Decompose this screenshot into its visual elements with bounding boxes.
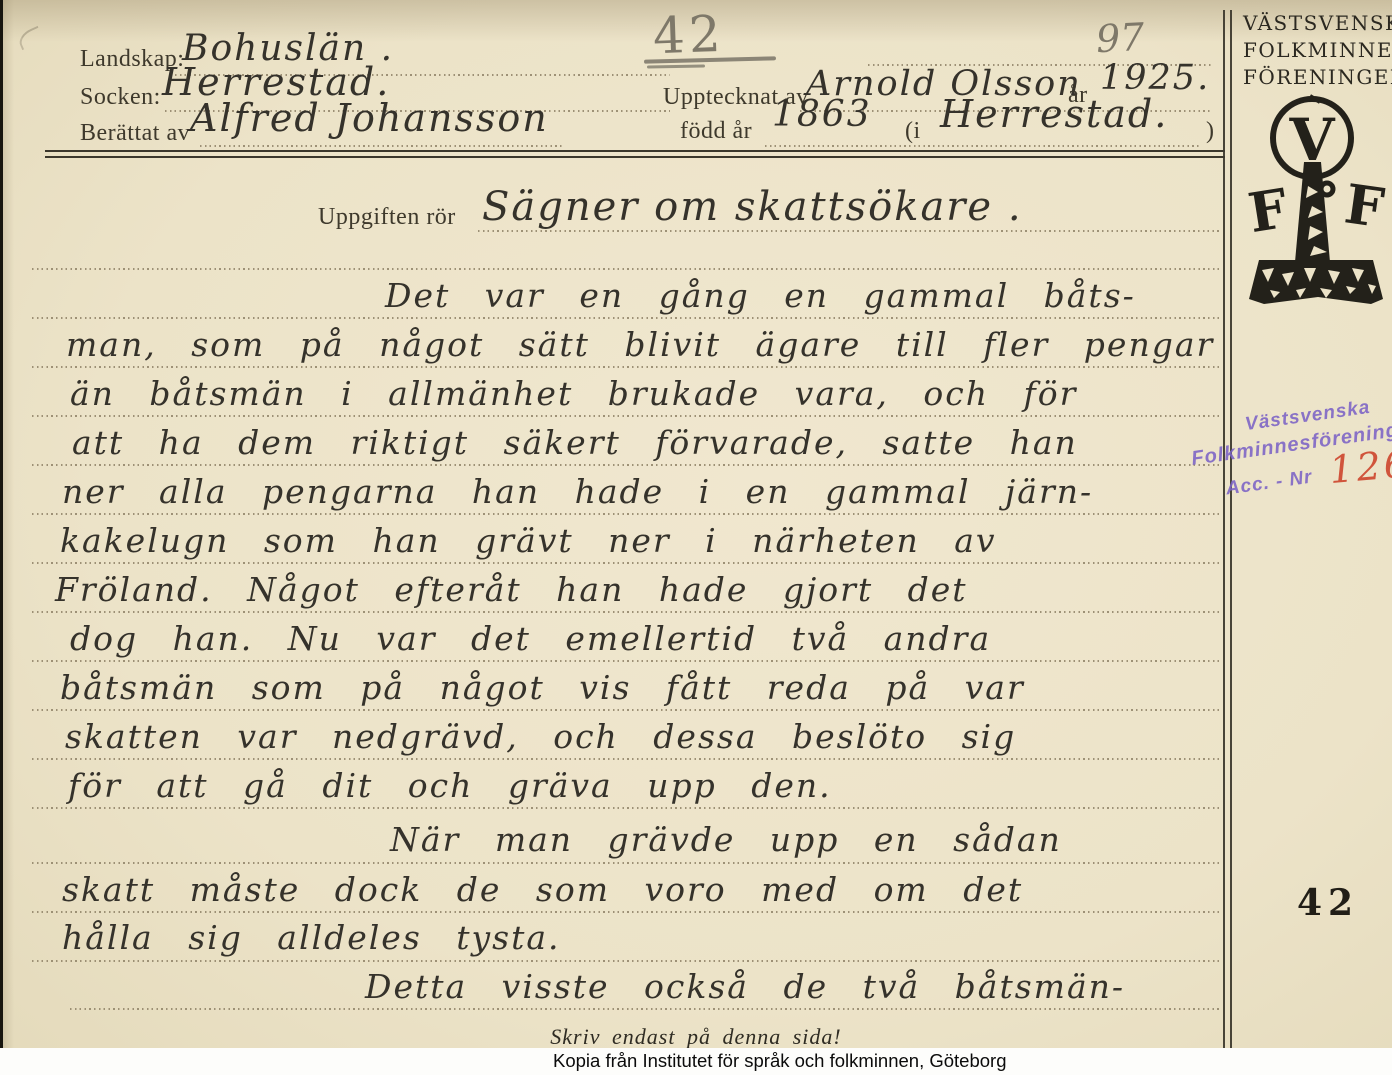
organisation-name-line: FÖRENINGEN bbox=[1243, 64, 1392, 91]
dotted-rule bbox=[32, 611, 1222, 613]
hammer-ring bbox=[1321, 183, 1333, 195]
pencil-scribble bbox=[16, 26, 44, 50]
organisation-name-line: FOLKMINNES- bbox=[1243, 37, 1392, 64]
dotted-rule bbox=[32, 415, 1222, 417]
fodd-place: Herrestad. bbox=[940, 92, 1168, 136]
body-line: än båtsmän i allmänhet brukade vara, och… bbox=[70, 374, 1077, 413]
berattat-value: Alfred Johansson bbox=[190, 96, 549, 140]
fodd-value: 1863 bbox=[772, 94, 872, 135]
fodd-paren-open: (i bbox=[905, 118, 921, 145]
fodd-paren-close: ) bbox=[1206, 118, 1215, 145]
body-line: ner alla pengarna han hade i en gammal j… bbox=[62, 472, 1093, 511]
dotted-rule bbox=[32, 911, 1222, 913]
body-line: hålla sig alldeles tysta. bbox=[62, 918, 561, 957]
margin-divider bbox=[1223, 10, 1232, 1075]
scanned-record-card: Landskap: Bohuslän . Socken: Herrestad. … bbox=[0, 0, 1392, 1075]
fodd-label: född år bbox=[680, 118, 752, 145]
hammer-head bbox=[1249, 260, 1383, 304]
scan-edge bbox=[0, 0, 3, 1075]
organisation-name-line: VÄSTSVENSKA bbox=[1243, 10, 1392, 37]
page-number-stamp: 42 bbox=[1297, 882, 1359, 924]
footer-instruction: Skriv endast på denna sida! bbox=[0, 1024, 1392, 1050]
body-line: skatten var nedgrävd, och dessa beslöto … bbox=[65, 717, 1016, 756]
dotted-rule bbox=[70, 1008, 1222, 1010]
thor-hammer-logo-icon: V F F bbox=[1248, 94, 1388, 310]
dotted-rule bbox=[32, 366, 1222, 368]
logo-letter-f-right: F bbox=[1341, 171, 1388, 240]
dotted-rule bbox=[32, 317, 1222, 319]
body-line: dog han. Nu var det emellertid två andra bbox=[70, 619, 991, 658]
body-line: att ha dem riktigt säkert förvarade, sat… bbox=[72, 423, 1078, 462]
body-line: man, som på något sätt blivit ägare till… bbox=[66, 325, 1214, 364]
subject-label: Uppgiften rör bbox=[318, 204, 456, 231]
dotted-rule bbox=[32, 268, 1222, 270]
dotted-rule bbox=[32, 660, 1222, 662]
berattat-label: Berättat av bbox=[80, 120, 190, 147]
body-line: När man grävde upp en sådan bbox=[390, 820, 1062, 859]
stamp-acc-label: Acc. - Nr bbox=[1225, 467, 1314, 500]
body-line: Fröland. Något efteråt han hade gjort de… bbox=[55, 570, 968, 609]
body-line: skatt måste dock de som voro med om det bbox=[62, 870, 1023, 909]
dotted-rule bbox=[32, 758, 1222, 760]
dotted-rule bbox=[32, 862, 1222, 864]
organisation-name: VÄSTSVENSKA FOLKMINNES- FÖRENINGEN bbox=[1243, 10, 1392, 91]
socken-label: Socken: bbox=[80, 84, 161, 111]
pencil-page-number: 97 bbox=[1095, 15, 1146, 61]
dotted-rule bbox=[765, 145, 1200, 147]
body-line: kakelugn som han grävt ner i närheten av bbox=[60, 521, 997, 560]
accession-number: 1261 bbox=[1329, 448, 1392, 484]
header-divider bbox=[45, 150, 1225, 158]
dotted-rule bbox=[32, 464, 1222, 466]
logo-letter-f-left: F bbox=[1248, 176, 1292, 245]
dotted-rule bbox=[200, 145, 565, 147]
accession-stamp: Västsvenska Folkminnesföreningen Acc. - … bbox=[1182, 384, 1392, 507]
body-line: Det var en gång en gammal båts- bbox=[385, 276, 1136, 315]
body-line: båtsmän som på något vis fått reda på va… bbox=[60, 668, 1025, 707]
dotted-rule bbox=[32, 513, 1222, 515]
subject-value: Sägner om skattsökare . bbox=[482, 184, 1023, 230]
dotted-rule bbox=[32, 960, 1222, 962]
body-line: Detta visste också de två båtsmän- bbox=[365, 967, 1125, 1006]
dotted-rule bbox=[32, 562, 1222, 564]
body-line: för att gå dit och gräva upp den. bbox=[68, 766, 832, 805]
archive-copy-strip: Kopia från Institutet för språk och folk… bbox=[0, 1048, 1392, 1075]
copy-notice: Kopia från Institutet för språk och folk… bbox=[553, 1050, 1007, 1072]
dotted-rule bbox=[478, 230, 1222, 232]
dotted-rule bbox=[32, 709, 1222, 711]
pencil-number: 42 bbox=[652, 5, 726, 65]
dotted-rule bbox=[32, 807, 1222, 809]
pencil-underline bbox=[647, 64, 705, 68]
